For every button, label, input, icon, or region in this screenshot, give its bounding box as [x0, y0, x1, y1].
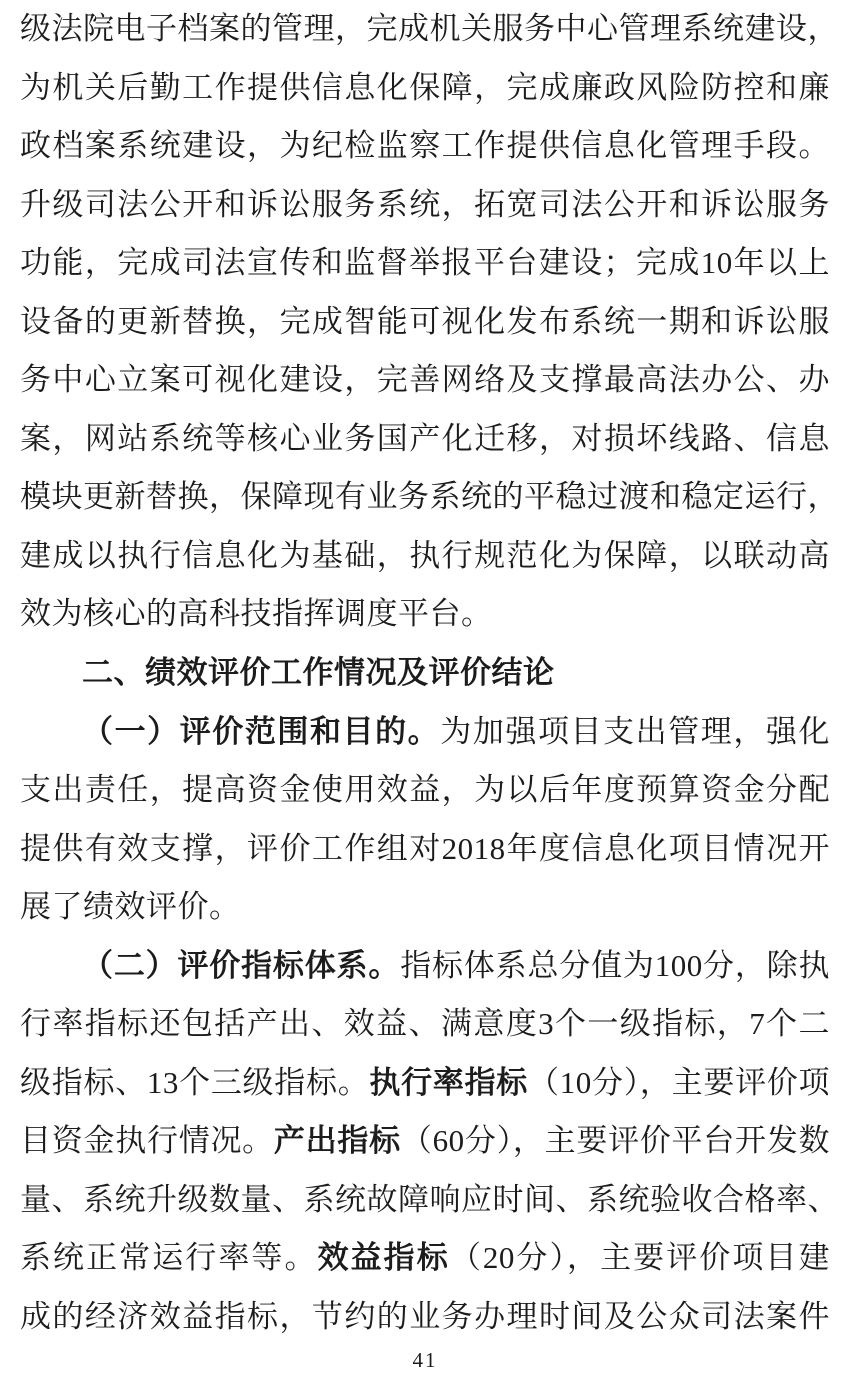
text-segment: 案，网站系统等核心业务国产化迁移，对损坏线路、信息 [20, 421, 830, 456]
text-line: 为机关后勤工作提供信息化保障，完成廉政风险防控和廉 [20, 59, 830, 118]
text-segment: 系统正常运行率等。 [20, 1240, 318, 1275]
text-segment: 成的经济效益指标，节约的业务办理时间及公众司法案件 [20, 1299, 830, 1334]
text-segment: 量、系统升级数量、系统故障响应时间、系统验收合格率、 [20, 1182, 830, 1217]
page-footer: 41 [0, 1348, 850, 1373]
text-segment: 级法院电子档案的管理，完成机关服务中心管理系统建设， [20, 11, 830, 46]
text-line: 效为核心的高科技指挥调度平台。 [20, 585, 830, 644]
text-segment: 设备的更新替换，完成智能可视化发布系统一期和诉讼服 [20, 304, 830, 339]
bold-text-segment: 执行率指标 [369, 1065, 528, 1100]
text-segment: 指标体系总分值为100分，除执 [400, 948, 830, 983]
text-line: 成的经济效益指标，节约的业务办理时间及公众司法案件 [20, 1288, 830, 1347]
text-segment: 支出责任，提高资金使用效益，为以后年度预算资金分配 [20, 772, 830, 807]
text-segment: 功能，完成司法宣传和监督举报平台建设；完成10年以上 [20, 245, 830, 280]
text-segment: 务中心立案可视化建设，完善网络及支撑最高法办公、办 [20, 362, 830, 397]
text-line: （一）评价范围和目的。为加强项目支出管理，强化 [20, 703, 830, 762]
text-line: 二、绩效评价工作情况及评价结论 [20, 644, 830, 703]
text-line: 目资金执行情况。产出指标（60分），主要评价平台开发数 [20, 1112, 830, 1171]
text-segment: 级指标、13个三级指标。 [20, 1065, 369, 1100]
text-line: 级指标、13个三级指标。执行率指标（10分），主要评价项 [20, 1054, 830, 1113]
text-line: 模块更新替换，保障现有业务系统的平稳过渡和稳定运行， [20, 468, 830, 527]
text-line: 提供有效支撑，评价工作组对2018年度信息化项目情况开 [20, 820, 830, 879]
text-segment: 升级司法公开和诉讼服务系统，拓宽司法公开和诉讼服务 [20, 187, 830, 222]
text-line: （二）评价指标体系。指标体系总分值为100分，除执 [20, 937, 830, 996]
text-segment: 展了绩效评价。 [20, 889, 241, 924]
text-line: 行率指标还包括产出、效益、满意度3个一级指标，7个二 [20, 995, 830, 1054]
text-segment: 行率指标还包括产出、效益、满意度3个一级指标，7个二 [20, 1006, 830, 1041]
text-segment: （60分），主要评价平台开发数 [401, 1123, 830, 1158]
bold-text-segment: 效益指标 [318, 1240, 450, 1275]
bold-text-segment: 产出指标 [274, 1123, 401, 1158]
text-segment: 为机关后勤工作提供信息化保障，完成廉政风险防控和廉 [20, 70, 830, 105]
text-segment: 提供有效支撑，评价工作组对2018年度信息化项目情况开 [20, 831, 830, 866]
text-line: 政档案系统建设，为纪检监察工作提供信息化管理手段。 [20, 117, 830, 176]
text-line: 级法院电子档案的管理，完成机关服务中心管理系统建设， [20, 0, 830, 59]
text-segment: 政档案系统建设，为纪检监察工作提供信息化管理手段。 [20, 128, 830, 163]
bold-text-segment: （二）评价指标体系。 [82, 948, 400, 983]
text-line: 升级司法公开和诉讼服务系统，拓宽司法公开和诉讼服务 [20, 176, 830, 235]
page-number: 41 [413, 1348, 438, 1372]
text-segment: （10分），主要评价项 [528, 1065, 830, 1100]
text-segment: 模块更新替换，保障现有业务系统的平稳过渡和稳定运行， [20, 479, 830, 514]
bold-text-segment: （一）评价范围和目的。 [82, 714, 440, 749]
document-body: 级法院电子档案的管理，完成机关服务中心管理系统建设，为机关后勤工作提供信息化保障… [20, 0, 830, 1347]
text-line: 务中心立案可视化建设，完善网络及支撑最高法办公、办 [20, 351, 830, 410]
text-line: 量、系统升级数量、系统故障响应时间、系统验收合格率、 [20, 1171, 830, 1230]
text-line: 案，网站系统等核心业务国产化迁移，对损坏线路、信息 [20, 410, 830, 469]
text-segment: 效为核心的高科技指挥调度平台。 [20, 596, 493, 631]
text-segment: 目资金执行情况。 [20, 1123, 274, 1158]
text-line: 建成以执行信息化为基础，执行规范化为保障，以联动高 [20, 527, 830, 586]
text-segment: 建成以执行信息化为基础，执行规范化为保障，以联动高 [20, 538, 830, 573]
text-line: 设备的更新替换，完成智能可视化发布系统一期和诉讼服 [20, 293, 830, 352]
text-line: 系统正常运行率等。效益指标（20分），主要评价项目建 [20, 1229, 830, 1288]
text-segment: （20分），主要评价项目建 [450, 1240, 830, 1275]
bold-text-segment: 二、绩效评价工作情况及评价结论 [82, 655, 555, 690]
text-line: 支出责任，提高资金使用效益，为以后年度预算资金分配 [20, 761, 830, 820]
document-page: 级法院电子档案的管理，完成机关服务中心管理系统建设，为机关后勤工作提供信息化保障… [0, 0, 850, 1400]
text-segment: 为加强项目支出管理，强化 [440, 714, 830, 749]
text-line: 功能，完成司法宣传和监督举报平台建设；完成10年以上 [20, 234, 830, 293]
text-line: 展了绩效评价。 [20, 878, 830, 937]
